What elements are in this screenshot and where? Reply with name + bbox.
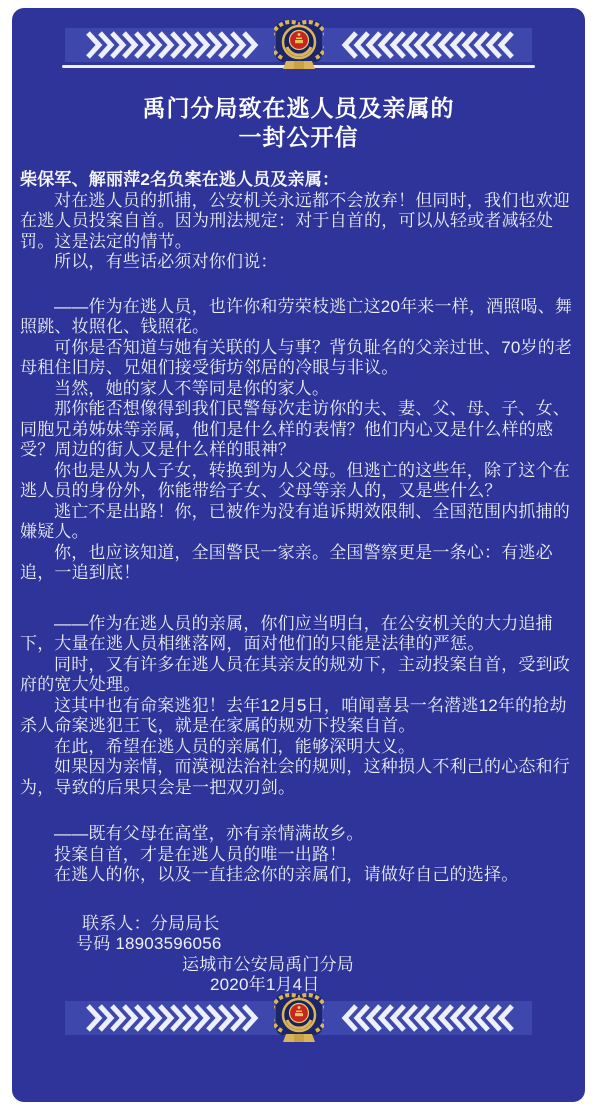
letter-paragraph: 这其中也有命案逃犯！去年12月5日，咱闻喜县一名潜逃12年的抢劫杀人命案逃犯王飞… bbox=[20, 696, 577, 737]
letter-paragraph: 当然，她的家人不等同是你的家人。 bbox=[20, 379, 577, 400]
letter-paragraph: 在逃人的你，以及一直挂念你的亲属们，请做好自己的选择。 bbox=[20, 865, 577, 886]
title-line-1: 禹门分局致在逃人员及亲属的 bbox=[143, 95, 455, 121]
letter-paragraph: ——作为在逃人员的亲属，你们应当明白，在公安机关的大力追捕下，大量在逃人员相继落… bbox=[20, 614, 577, 655]
contact-phone: 号码 18903596056 bbox=[20, 934, 577, 955]
chevrons-left-icon bbox=[345, 1006, 512, 1030]
letter-paragraph: 可你是否知道与她有关联的人与事？背负耻名的父亲过世、70岁的老母租住旧房、兄姐们… bbox=[20, 338, 577, 379]
signature: 运城市公安局禹门分局 bbox=[20, 955, 577, 976]
letter-paragraph: 对在逃人员的抓捕，公安机关永远都不会放弃！但同时，我们也欢迎在逃人员投案自首。因… bbox=[20, 191, 577, 253]
top-banner bbox=[65, 28, 532, 68]
chevrons-right-icon bbox=[88, 33, 255, 57]
letter-salutation: 柴保军、解丽萍2名负案在逃人员及亲属： bbox=[20, 170, 577, 191]
letter-card: 禹门分局致在逃人员及亲属的 一封公开信 柴保军、解丽萍2名负案在逃人员及亲属： … bbox=[12, 8, 585, 1102]
letter-paragraph: 逃亡不是出路！你，已被作为没有追诉期效限制、全国范围内抓捕的嫌疑人。 bbox=[20, 502, 577, 543]
top-banner-strip bbox=[65, 28, 532, 62]
chevrons-right-icon bbox=[88, 1006, 255, 1030]
bottom-banner-strip bbox=[65, 1001, 532, 1035]
open-letter-poster: 禹门分局致在逃人员及亲属的 一封公开信 柴保军、解丽萍2名负案在逃人员及亲属： … bbox=[0, 0, 600, 1116]
letter-paragraph: 在此，希望在逃人员的亲属们，能够深明大义。 bbox=[20, 737, 577, 758]
letter-section-opening: 柴保军、解丽萍2名负案在逃人员及亲属： 对在逃人员的抓捕，公安机关永远都不会放弃… bbox=[20, 170, 577, 273]
contact-block: 联系人：分局局长 号码 18903596056 bbox=[20, 914, 577, 955]
letter-paragraph: 同时，又有许多在逃人员在其亲友的规劝下，主动投案自首，受到政府的宽大处理。 bbox=[20, 655, 577, 696]
letter-section-closing: ——既有父母在高堂，亦有亲情满故乡。 投案自首，才是在逃人员的唯一出路！ 在逃人… bbox=[20, 824, 577, 886]
letter-paragraph: 那你能否想像得到我们民警每次走访你的夫、妻、父、母、子、女、同胞兄弟姊妹等亲属，… bbox=[20, 399, 577, 461]
letter-section-to-fugitives: ——作为在逃人员，也许你和劳荣枝逃亡这20年来一样，酒照喝、舞照跳、妆照化、钱照… bbox=[20, 297, 577, 584]
letter-paragraph: 你，也应该知道，全国警民一家亲。全国警察更是一条心：有逃必追，一追到底！ bbox=[20, 543, 577, 584]
letter-paragraph: 所以，有些话必须对你们说： bbox=[20, 252, 577, 273]
letter-paragraph: ——作为在逃人员，也许你和劳荣枝逃亡这20年来一样，酒照喝、舞照跳、妆照化、钱照… bbox=[20, 297, 577, 338]
letter-paragraph: 你也是从为人子女，转换到为人父母。但逃亡的这些年，除了这个在逃人员的身份外，你能… bbox=[20, 461, 577, 502]
police-badge-icon bbox=[274, 18, 324, 74]
letter-section-to-relatives: ——作为在逃人员的亲属，你们应当明白，在公安机关的大力追捕下，大量在逃人员相继落… bbox=[20, 614, 577, 799]
contact-person: 联系人：分局局长 bbox=[20, 914, 577, 935]
bottom-banner bbox=[65, 1001, 532, 1035]
letter-paragraph: 投案自首，才是在逃人员的唯一出路！ bbox=[20, 845, 577, 866]
chevrons-left-icon bbox=[345, 33, 512, 57]
letter-paragraph: ——既有父母在高堂，亦有亲情满故乡。 bbox=[20, 824, 577, 845]
letter-body: 柴保军、解丽萍2名负案在逃人员及亲属： 对在逃人员的抓捕，公安机关永远都不会放弃… bbox=[20, 170, 577, 996]
page-title: 禹门分局致在逃人员及亲属的 一封公开信 bbox=[12, 94, 585, 152]
police-badge-icon bbox=[274, 991, 324, 1047]
title-line-2: 一封公开信 bbox=[239, 124, 359, 150]
letter-paragraph: 如果因为亲情，而漠视法治社会的规则，这种损人不利己的心态和行为，导致的后果只会是… bbox=[20, 757, 577, 798]
